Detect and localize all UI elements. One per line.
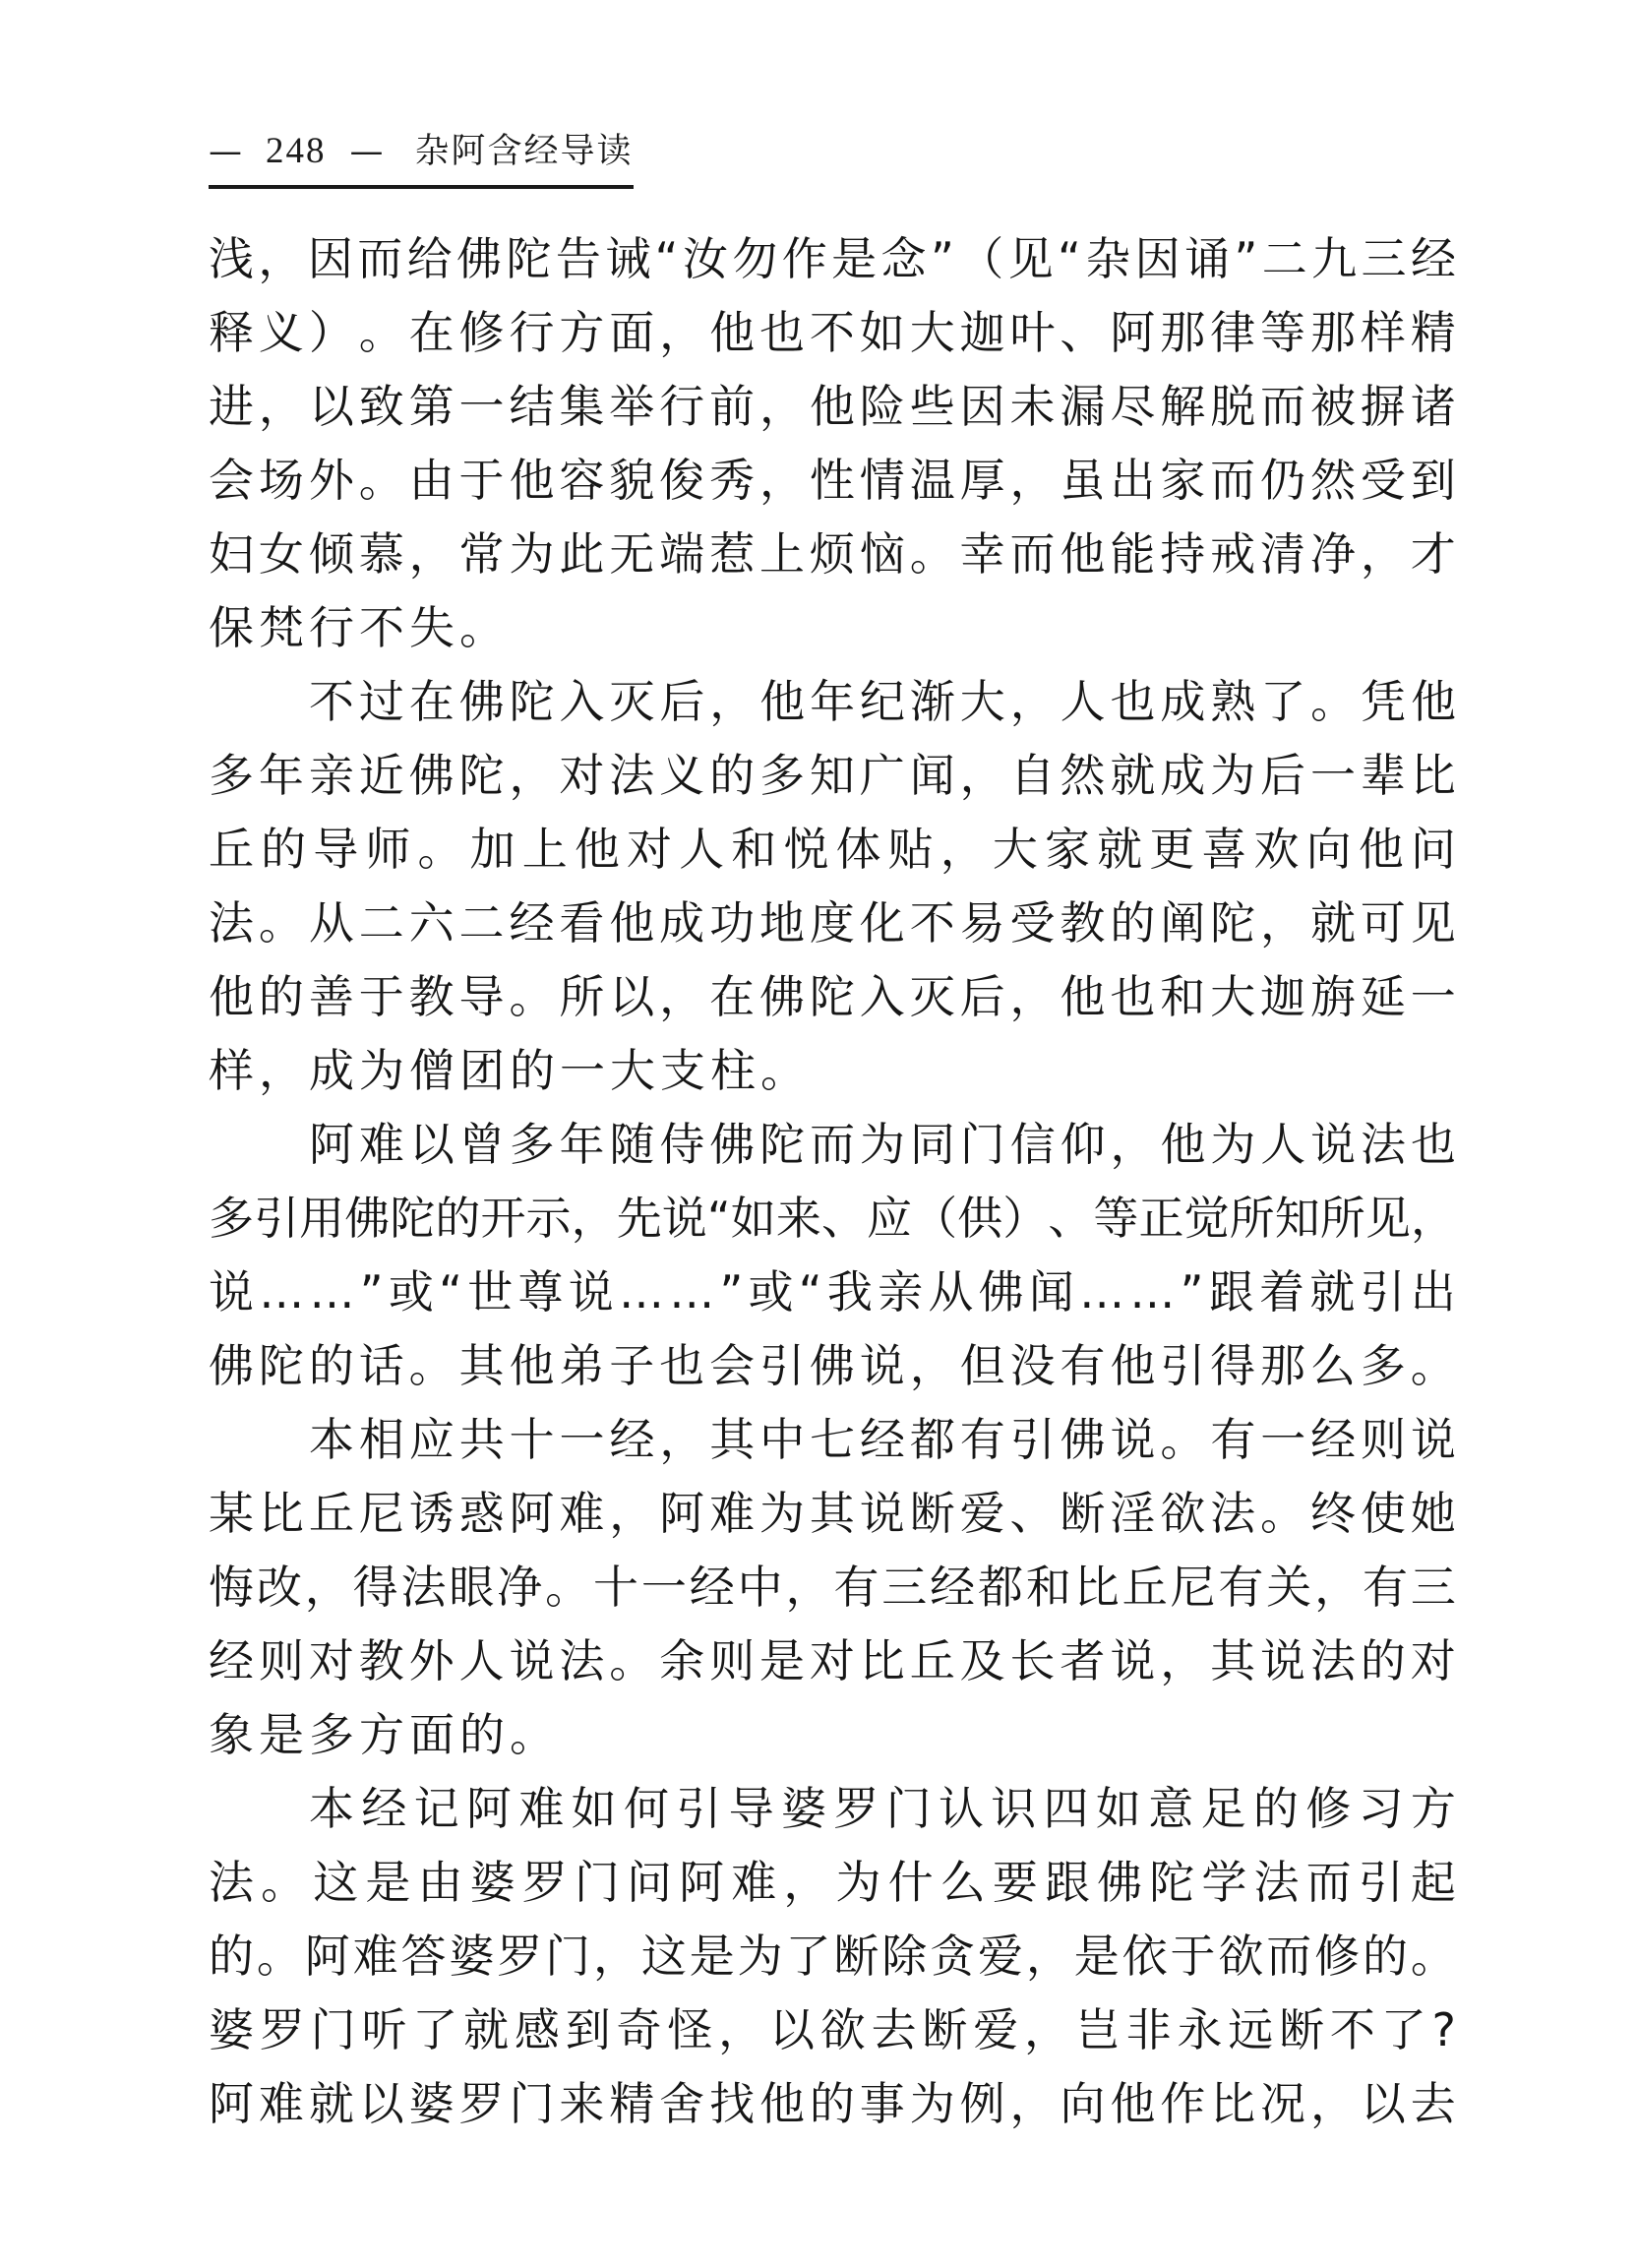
text-line: 婆罗门听了就感到奇怪，以欲去断爱，岂非永远断不了? — [209, 1993, 1456, 2067]
header-dash-left: — — [209, 132, 242, 171]
text-line: 经则对教外人说法。余则是对比丘及长者说，其说法的对 — [209, 1624, 1456, 1698]
text-line: 法。从二六二经看他成功地度化不易受教的阐陀，就可见 — [209, 887, 1456, 960]
paragraph: 阿难以曾多年随侍佛陀而为同门信仰，他为人说法也 多引用佛陀的开示，先说“如来、应… — [209, 1108, 1456, 1403]
page-header: — 248 — 杂阿含经导读 — [209, 124, 634, 189]
text-line: 多年亲近佛陀，对法义的多知广闻，自然就成为后一辈比 — [209, 739, 1456, 813]
text-line: 会场外。由于他容貌俊秀，性情温厚，虽出家而仍然受到 — [209, 444, 1456, 518]
paragraph: 本相应共十一经，其中七经都有引佛说。有一经则说 某比丘尼诱惑阿难，阿难为其说断爱… — [209, 1403, 1456, 1772]
book-page: — 248 — 杂阿含经导读 浅，因而给佛陀告诫“汝勿作是念”（见“杂因诵”二九… — [0, 0, 1637, 2268]
paragraph: 浅，因而给佛陀告诫“汝勿作是念”（见“杂因诵”二九三经 释义）。在修行方面，他也… — [209, 222, 1456, 665]
text-line: 的。阿难答婆罗门，这是为了断除贪爱，是依于欲而修的。 — [209, 1920, 1456, 1993]
page-body: 浅，因而给佛陀告诫“汝勿作是念”（见“杂因诵”二九三经 释义）。在修行方面，他也… — [209, 222, 1456, 2141]
text-line: 释义）。在修行方面，他也不如大迦叶、阿那律等那样精 — [209, 296, 1456, 370]
text-line: 某比丘尼诱惑阿难，阿难为其说断爱、断淫欲法。终使她 — [209, 1477, 1456, 1551]
text-line: 浅，因而给佛陀告诫“汝勿作是念”（见“杂因诵”二九三经 — [209, 222, 1456, 296]
text-line: 样，成为僧团的一大支柱。 — [209, 1034, 1456, 1108]
text-line: 象是多方面的。 — [209, 1698, 1456, 1772]
header-dash-right: — — [350, 132, 384, 171]
text-line: 悔改，得法眼净。十一经中，有三经都和比丘尼有关，有三 — [209, 1551, 1456, 1624]
text-line: 阿难以曾多年随侍佛陀而为同门信仰，他为人说法也 — [209, 1108, 1456, 1182]
paragraph: 不过在佛陀入灭后，他年纪渐大，人也成熟了。凭他 多年亲近佛陀，对法义的多知广闻，… — [209, 665, 1456, 1108]
text-line: 妇女倾慕，常为此无端惹上烦恼。幸而他能持戒清净，才 — [209, 518, 1456, 591]
book-title: 杂阿含经导读 — [415, 124, 634, 173]
paragraph: 本经记阿难如何引导婆罗门认识四如意足的修习方 法。这是由婆罗门问阿难，为什么要跟… — [209, 1772, 1456, 2141]
text-line: 本相应共十一经，其中七经都有引佛说。有一经则说 — [209, 1403, 1456, 1477]
text-line: 说……”或“世尊说……”或“我亲从佛闻……”跟着就引出 — [209, 1256, 1456, 1329]
text-line: 多引用佛陀的开示，先说“如来、应（供）、等正觉所知所见， — [209, 1182, 1456, 1256]
text-line: 保梵行不失。 — [209, 591, 1456, 665]
text-line: 他的善于教导。所以，在佛陀入灭后，他也和大迦旃延一 — [209, 960, 1456, 1034]
text-line: 法。这是由婆罗门问阿难，为什么要跟佛陀学法而引起 — [209, 1846, 1456, 1920]
page-number: 248 — [266, 130, 327, 172]
text-line: 进，以致第一结集举行前，他险些因未漏尽解脱而被摒诸 — [209, 370, 1456, 444]
text-line: 阿难就以婆罗门来精舍找他的事为例，向他作比况，以去 — [209, 2067, 1456, 2141]
text-line: 丘的导师。加上他对人和悦体贴，大家就更喜欢向他问 — [209, 813, 1456, 887]
text-line: 本经记阿难如何引导婆罗门认识四如意足的修习方 — [209, 1772, 1456, 1846]
text-line: 不过在佛陀入灭后，他年纪渐大，人也成熟了。凭他 — [209, 665, 1456, 739]
text-line: 佛陀的话。其他弟子也会引佛说，但没有他引得那么多。 — [209, 1329, 1456, 1403]
